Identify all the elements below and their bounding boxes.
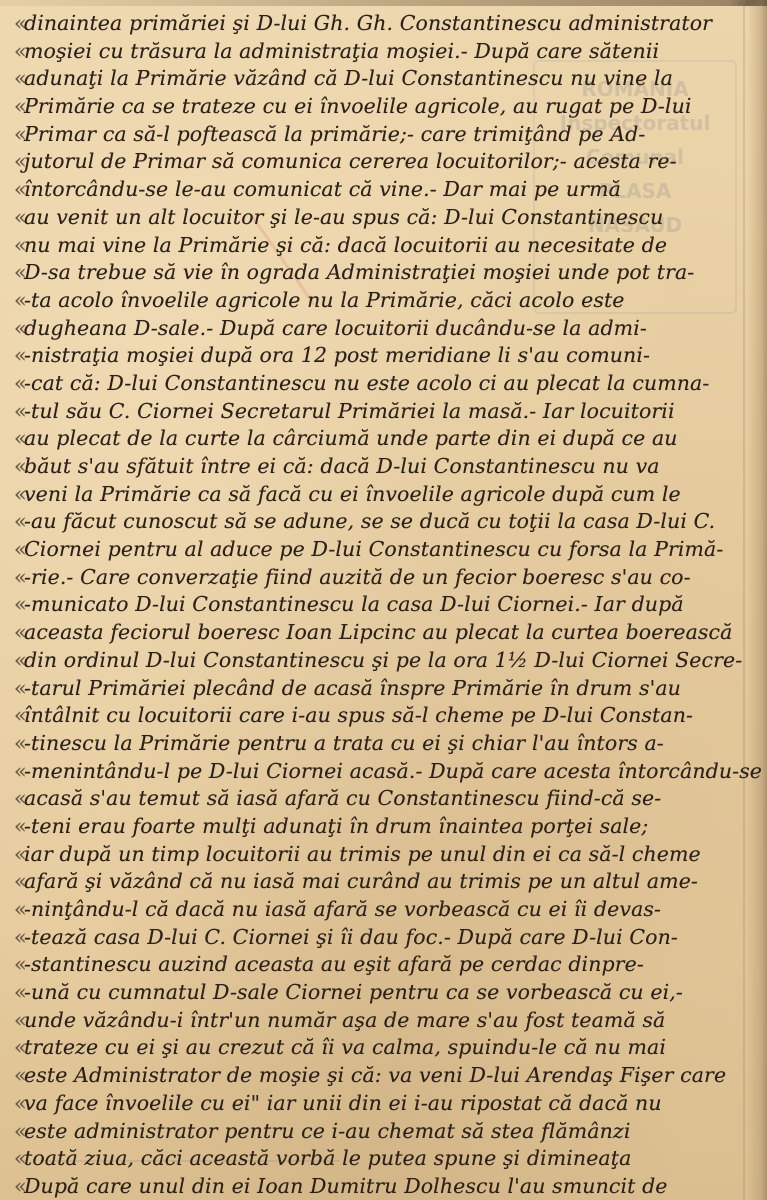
text-line: «-au făcut cunoscut să se adune, se se d… <box>14 508 747 536</box>
text-line: «-stantinescu auzind aceasta au eşit afa… <box>14 951 747 979</box>
text-line: «nu mai vine la Primărie şi că: dacă loc… <box>14 232 747 260</box>
text-line: «dugheana D-sale.- După care locuitorii … <box>14 315 747 343</box>
text-line: «adunaţi la Primărie văzând că D-lui Con… <box>14 65 747 93</box>
text-line: «unde văzându-i într'un număr aşa de mar… <box>14 1007 747 1035</box>
text-line: «-ninţându-l că dacă nu iasă afară se vo… <box>14 896 747 924</box>
text-line: «Ciornei pentru al aduce pe D-lui Consta… <box>14 536 747 564</box>
paper-right-edge <box>747 0 767 1200</box>
text-line: «-tinescu la Primărie pentru a trata cu … <box>14 730 747 758</box>
text-line: «întorcându-se le-au comunicat că vine.-… <box>14 176 747 204</box>
manuscript-page: ROMÂNIA Inspectoratul Comunal PLASA NĂSĂ… <box>0 0 767 1200</box>
text-line: «aceasta feciorul boeresc Ioan Lipcinc a… <box>14 619 747 647</box>
text-line: «afară şi văzând că nu iasă mai curând a… <box>14 868 747 896</box>
text-line: «este Administrator de moşie şi că: va v… <box>14 1062 747 1090</box>
text-line: «-tează casa D-lui C. Ciornei şi îi dau … <box>14 924 747 952</box>
text-line: «-municato D-lui Constantinescu la casa … <box>14 591 747 619</box>
text-line: «Primărie ca se trateze cu ei învoelile … <box>14 93 747 121</box>
paper-top-edge <box>0 0 767 6</box>
text-line: «veni la Primărie ca să facă cu ei învoe… <box>14 481 747 509</box>
handwritten-text-block: «dinaintea primăriei şi D-lui Gh. Gh. Co… <box>14 10 747 1200</box>
text-line: «-rie.- Care converzaţie fiind auzită de… <box>14 564 747 592</box>
text-line: «dinaintea primăriei şi D-lui Gh. Gh. Co… <box>14 10 747 38</box>
text-line: «-cat că: D-lui Constantinescu nu este a… <box>14 370 747 398</box>
text-line: «-nistraţia moşiei după ora 12 post meri… <box>14 342 747 370</box>
text-line: «-ună cu cumnatul D-sale Ciornei pentru … <box>14 979 747 1007</box>
text-line: «După care unul din ei Ioan Dumitru Dolh… <box>14 1173 747 1200</box>
text-line: «moşiei cu trăsura la administraţia moşi… <box>14 38 747 66</box>
text-line: «-tarul Primăriei plecând de acasă înspr… <box>14 675 747 703</box>
text-line: «iar după un timp locuitorii au trimis p… <box>14 841 747 869</box>
text-line: «trateze cu ei şi au crezut că îi va cal… <box>14 1034 747 1062</box>
text-line: «băut s'au sfătuit între ei că: dacă D-l… <box>14 453 747 481</box>
text-line: «-tul său C. Ciornei Secretarul Primărie… <box>14 398 747 426</box>
text-line: «-menintându-l pe D-lui Ciornei acasă.- … <box>14 758 747 786</box>
text-line: «au plecat de la curte la cârciumă unde … <box>14 425 747 453</box>
text-line: «jutorul de Primar să comunica cererea l… <box>14 148 747 176</box>
text-line: «Primar ca să-l poftească la primărie;- … <box>14 121 747 149</box>
text-line: «este administrator pentru ce i-au chema… <box>14 1118 747 1146</box>
text-line: «au venit un alt locuitor şi le-au spus … <box>14 204 747 232</box>
text-line: «întâlnit cu locuitorii care i-au spus s… <box>14 702 747 730</box>
text-line: «acasă s'au temut să iasă afară cu Const… <box>14 785 747 813</box>
text-line: «va face învoelile cu ei" iar unii din e… <box>14 1090 747 1118</box>
text-line: «-ta acolo învoelile agricole nu la Prim… <box>14 287 747 315</box>
text-line: «din ordinul D-lui Constantinescu şi pe … <box>14 647 747 675</box>
text-line: «D-sa trebue să vie în ograda Administra… <box>14 259 747 287</box>
text-line: «toată ziua, căci această vorbă le putea… <box>14 1145 747 1173</box>
text-line: «-teni erau foarte mulţi adunaţi în drum… <box>14 813 747 841</box>
